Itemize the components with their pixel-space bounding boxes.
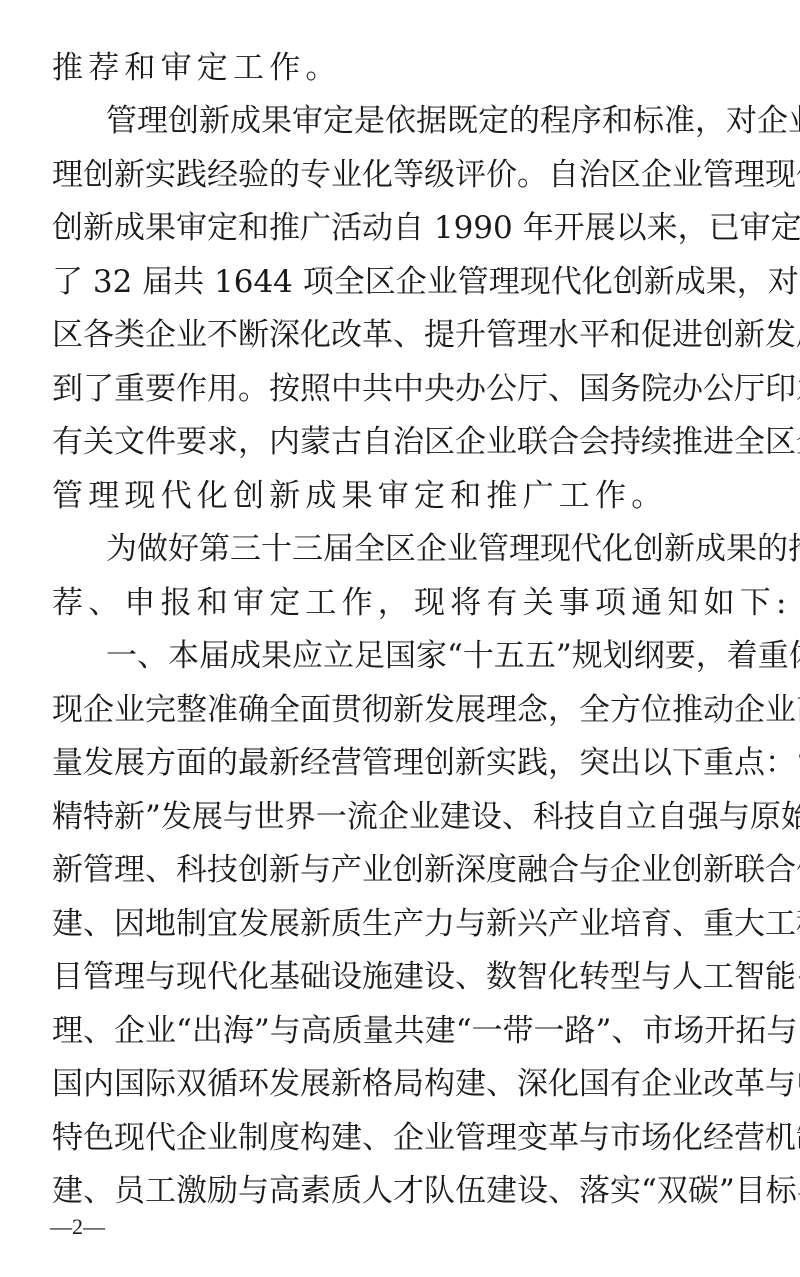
text-line: 建、因地制宜发展新质生产力与新兴产业培育、重大工程项 — [52, 904, 748, 944]
paragraph-start-line: 为做好第三十三届全区企业管理现代化创新成果的推 — [106, 529, 748, 569]
text-line: 精特新”发展与世界一流企业建设、科技自立自强与原始创 — [52, 797, 748, 837]
text-line: 建、员工激励与高素质人才队伍建设、落实“双碳”目标与 — [52, 1171, 748, 1211]
text-line: 到了重要作用。按照中共中央办公厅、国务院办公厅印发的 — [52, 369, 748, 409]
text-line: 新管理、科技创新与产业创新深度融合与企业创新联合体构 — [52, 850, 748, 890]
text-line: 推荐和审定工作。 — [52, 48, 748, 88]
text-line: 理创新实践经验的专业化等级评价。自治区企业管理现代化 — [52, 155, 748, 195]
text-line: 有关文件要求，内蒙古自治区企业联合会持续推进全区企业 — [52, 422, 748, 462]
text-line: 创新成果审定和推广活动自 1990 年开展以来，已审定发布 — [52, 208, 748, 248]
text-line: 理、企业“出海”与高质量共建“一带一路”、市场开拓与 — [52, 1011, 748, 1051]
text-line: 特色现代企业制度构建、企业管理变革与市场化经营机制构 — [52, 1118, 748, 1158]
paragraph-start-line: 一、本届成果应立足国家“十五五”规划纲要，着重体 — [106, 636, 748, 676]
text-line: 量发展方面的最新经营管理创新实践，突出以下重点：“专 — [52, 743, 748, 783]
text-line: 管理现代化创新成果审定和推广工作。 — [52, 476, 748, 516]
paragraph-start-line: 管理创新成果审定是依据既定的程序和标准，对企业管 — [106, 101, 748, 141]
text-line: 目管理与现代化基础设施建设、数智化转型与人工智能+管 — [52, 957, 748, 997]
text-line: 现企业完整准确全面贯彻新发展理念，全方位推动企业高质 — [52, 690, 748, 730]
text-line: 荐、申报和审定工作，现将有关事项通知如下: — [52, 583, 748, 623]
text-line: 了 32 届共 1644 项全区企业管理现代化创新成果，对推动我 — [52, 262, 748, 302]
text-line: 国内国际双循环发展新格局构建、深化国有企业改革与中国 — [52, 1064, 748, 1104]
text-line: 区各类企业不断深化改革、提升管理水平和促进创新发展起 — [52, 315, 748, 355]
page-number: —2— — [50, 1213, 105, 1241]
document-page: 推荐和审定工作。 管理创新成果审定是依据既定的程序和标准，对企业管 理创新实践经… — [0, 0, 800, 1277]
